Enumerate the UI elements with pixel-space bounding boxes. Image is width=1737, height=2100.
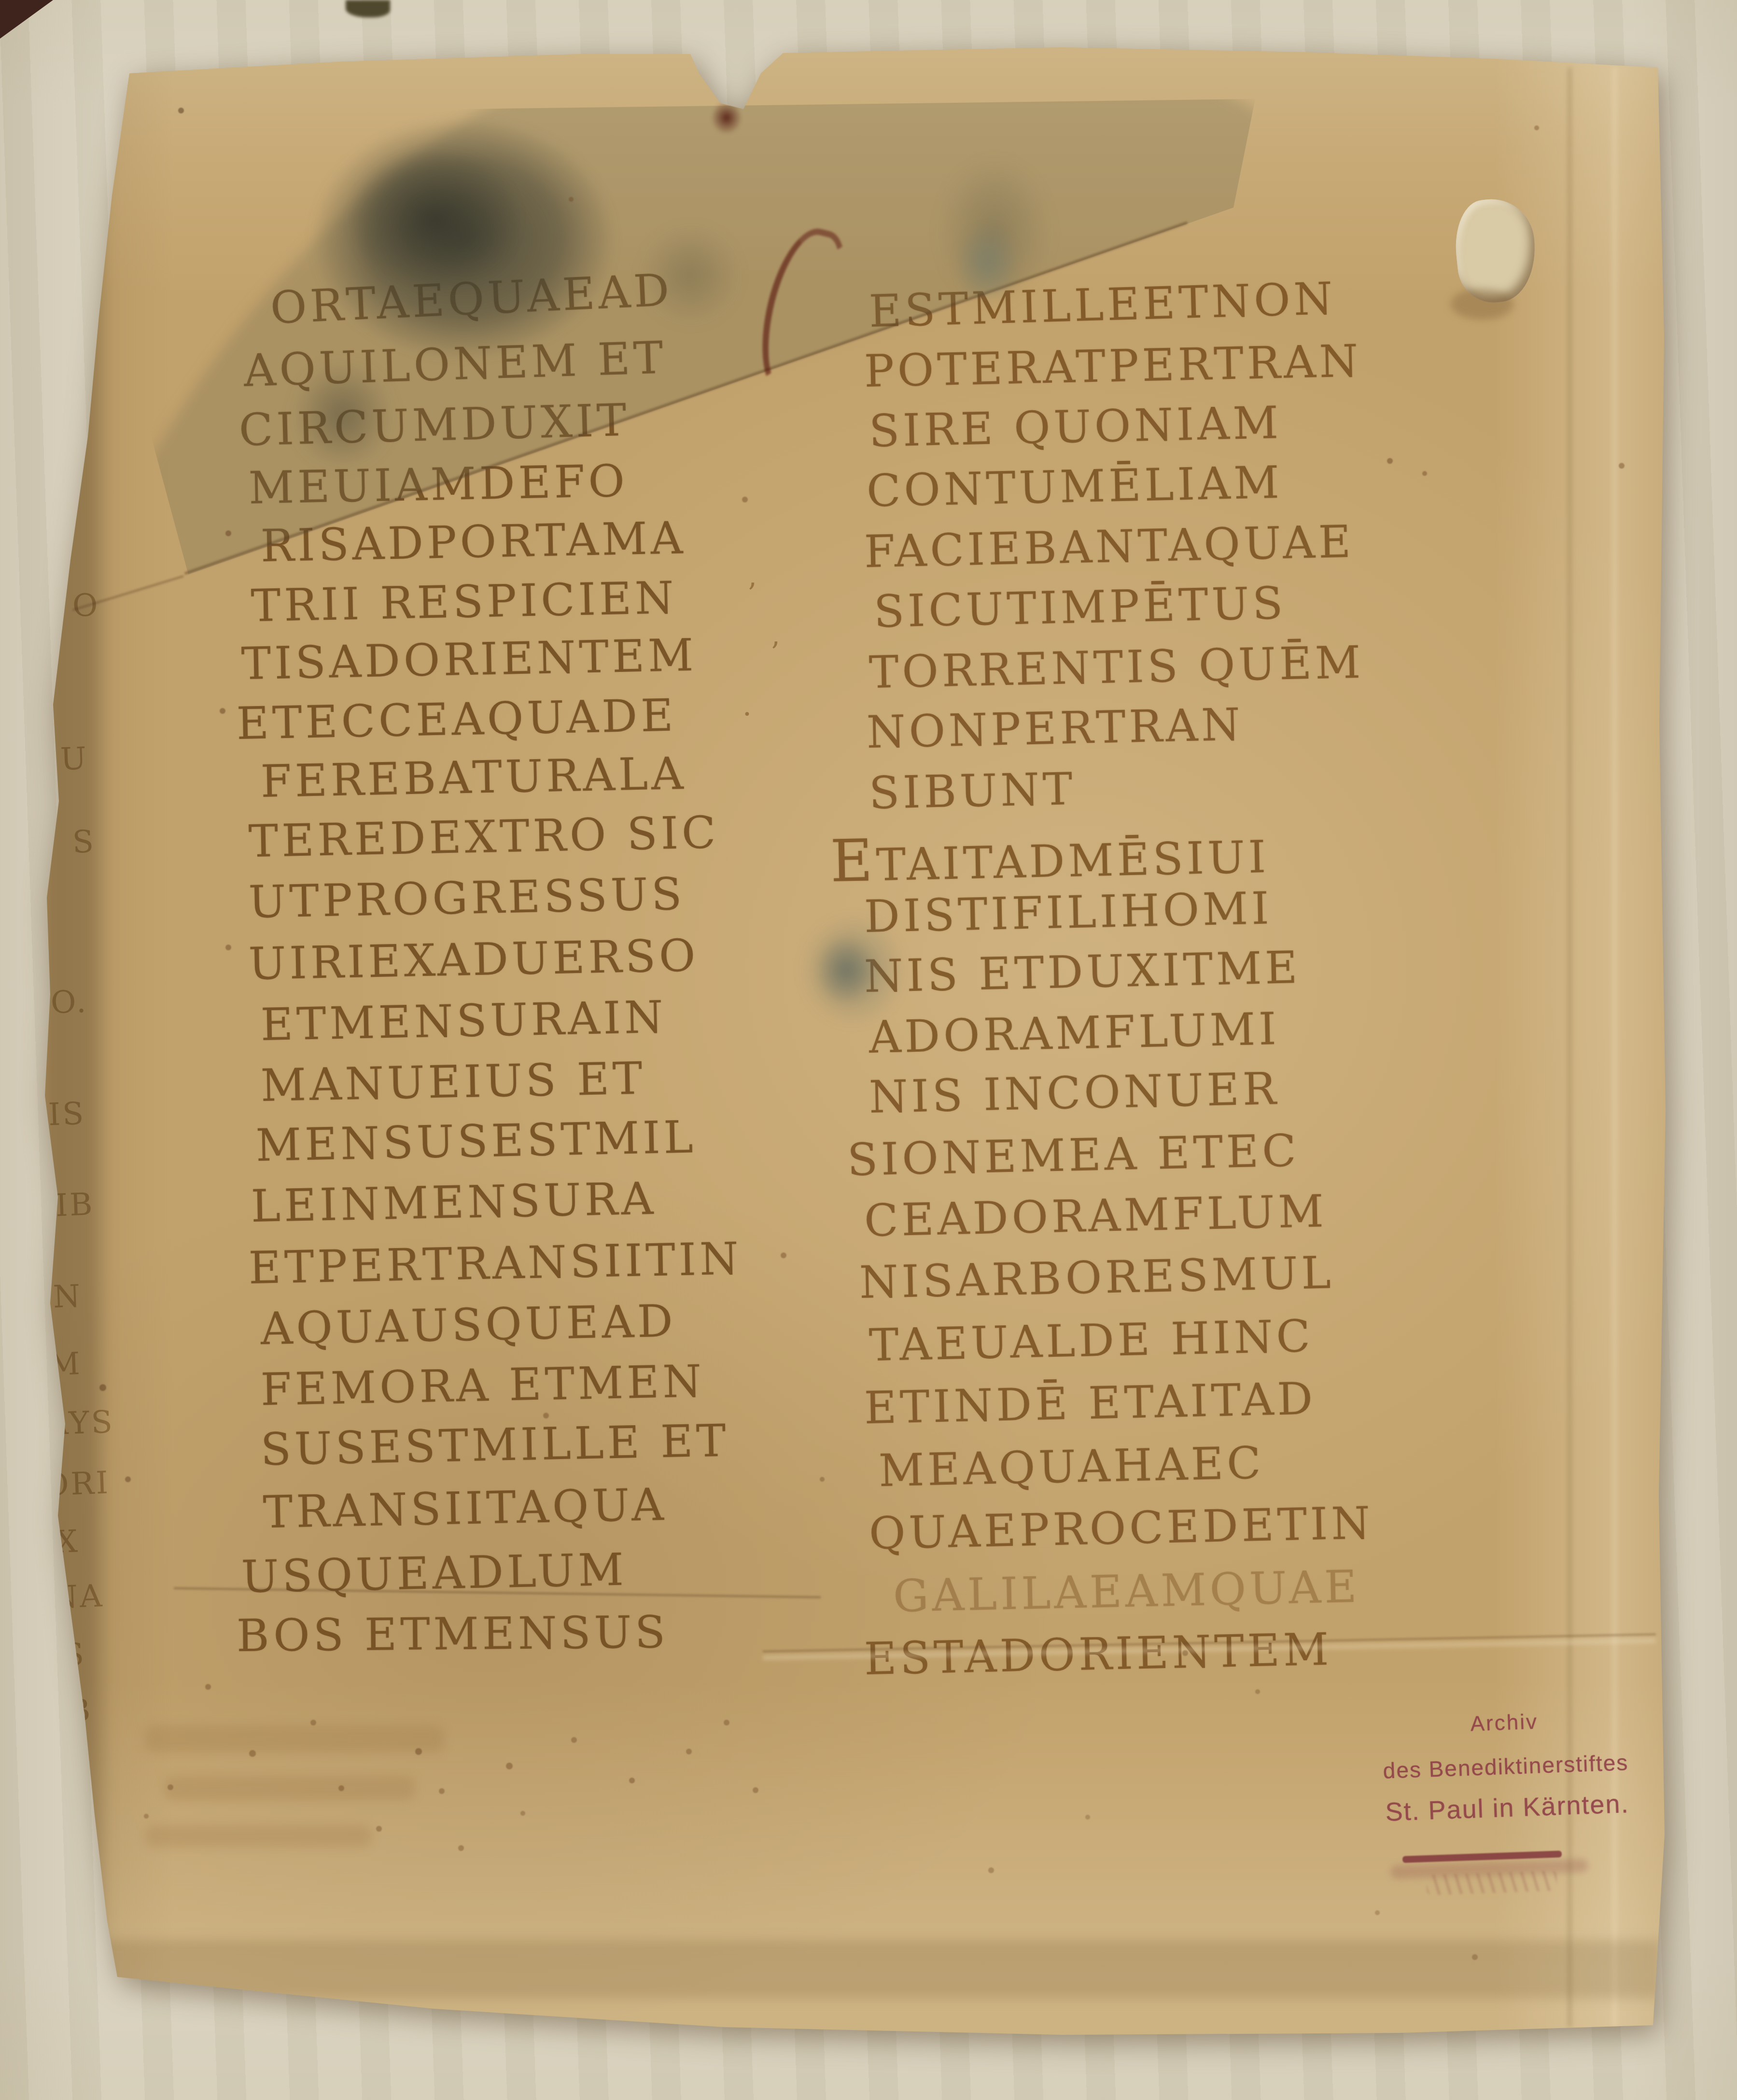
diagonal-crease-left (72, 575, 184, 611)
text-line-left-11: UTPROGRESSUS (248, 868, 686, 928)
text-line-right-3: SIRE QUONIAM (868, 397, 1282, 457)
archive-stamp: Archiv des Benediktinerstiftes St. Paul … (1347, 1706, 1665, 1829)
text-line-right-22: GALILAEAMQUAE (893, 1561, 1360, 1622)
mid-page-blue-stain-core (801, 919, 888, 1021)
text-line-right-21: QUAEPROCEDETIN (868, 1497, 1374, 1559)
ink-mark: ’ (770, 636, 780, 670)
margin-fragment: s (62, 1637, 86, 1673)
text-line-left-20: SUSESTMILLE ET (260, 1415, 730, 1475)
photo-top-edge-mark (346, 0, 390, 17)
text-line-right-14: NIS INCONUER (868, 1063, 1280, 1123)
parchment-hole-shadow (1451, 289, 1513, 320)
gray-stain-right (618, 203, 763, 348)
text-line-left-1: ORTAEQUAEAD (269, 264, 674, 334)
text-line-left-6: TRII RESPICIEN (251, 572, 678, 632)
text-line-left-14: MANUEIUS ET (260, 1053, 646, 1112)
stamp-line-1: Archiv (1347, 1706, 1661, 1741)
text-line-left-15: MENSUSESTMIL (255, 1111, 697, 1171)
text-line-left-16: LEINMENSURA (251, 1173, 657, 1232)
text-line-left-21: TRANSIITAQUA (263, 1479, 668, 1538)
mid-page-blue-stain (778, 890, 928, 1050)
text-line-left-8: ETECCEAQUADE (236, 690, 677, 750)
text-line-right-6: SICUTIMPĒTUS (873, 577, 1287, 638)
margin-fragment: b (67, 1693, 93, 1729)
text-line-left-18: AQUAUSQUEAD (260, 1295, 677, 1355)
text-line-right-12: NIS ETDUXITME (864, 942, 1302, 1002)
right-fold-highlight (1612, 68, 1617, 2027)
ink-specks (0, 0, 3, 3)
text-line-right-9: SIBUNT (868, 763, 1077, 819)
stamp-underline-smear (1390, 1859, 1589, 1879)
text-line-right-15: SIONEMEA ETEC (847, 1125, 1300, 1186)
top-center-stain (912, 125, 1077, 338)
text-line-left-19: FEMORA ETMEN (260, 1355, 705, 1416)
right-fold-line (1568, 68, 1571, 2027)
text-line-right-8: NONPERTRAN (866, 699, 1244, 758)
text-line-right-4: CONTUMĒLIAM (866, 457, 1283, 517)
text-line-left-9: FEREBATURALA (260, 748, 687, 807)
text-line-left-17: ETPERTRANSIITIN (248, 1233, 742, 1294)
faint-scribble (1426, 1870, 1557, 1895)
margin-fragment: u (60, 741, 89, 778)
margin-fragment: m (48, 1346, 83, 1383)
parchment-leaf: ORTAEQUAEAD AQUILONEM ET CIRCUMDUXIT MEU… (0, 0, 1737, 2100)
margin-fragment: n (53, 1279, 83, 1315)
torn-edge-shading (42, 72, 100, 2003)
text-line-right-17: NISARBORESMUL (859, 1247, 1335, 1308)
large-gray-stain-core (309, 116, 560, 323)
ghost-text-smudge (145, 1825, 372, 1847)
stamp-underline (1402, 1850, 1562, 1863)
text-line-right-7: TORRENTIS QUĒM (868, 637, 1364, 698)
margin-fragment: ori (43, 1465, 111, 1503)
text-line-right-13: ADORAMFLUMI (868, 1003, 1280, 1063)
top-discoloration-band (0, 0, 1737, 2100)
diagonal-crease (184, 222, 1188, 575)
text-line-left-22: USQUEADLUM (241, 1544, 628, 1603)
margin-fragment: ays (45, 1405, 115, 1443)
text-line-left-13: ETMENSURAIN (260, 991, 667, 1051)
margin-fragment: o (72, 587, 100, 624)
text-line-right-23: ESTADORIENTEM (864, 1624, 1332, 1685)
text-line-right-18: TAEUALDE HINC (868, 1310, 1314, 1371)
ghost-text-smudge (164, 1776, 415, 1800)
ghost-text-smudge (145, 1725, 444, 1752)
text-line-left-10: TEREDEXTRO SIC (248, 807, 719, 867)
text-line-left-3: CIRCUMDUXIT (238, 394, 630, 456)
text-line-left-2: AQUILONEM ET (243, 332, 667, 397)
bottom-edge-shading (97, 1940, 1661, 1998)
horizontal-crease-right (763, 1633, 1656, 1653)
text-line-left-23: BOS ETMENSUS (237, 1606, 669, 1662)
parchment-leaf-wrap: ORTAEQUAEAD AQUILONEM ET CIRCUMDUXIT MEU… (0, 0, 1737, 2100)
text-line-right-5: FACIEBANTAQUAE (864, 516, 1355, 578)
ink-mark: ’ (747, 577, 756, 611)
text-line-left-5: RISADPORTAMA (260, 512, 686, 572)
red-ink-curl-mark (747, 221, 857, 405)
stamp-line-2: des Benediktinerstiftes (1348, 1748, 1663, 1785)
text-line-right-19: ETINDĒ ETAITAD (864, 1373, 1317, 1434)
text-line-right-10: ETAITADMĒSIUI (830, 819, 1270, 895)
text-line-right-16: CEADORAMFLUM (864, 1185, 1328, 1247)
ink-mark: · (742, 697, 752, 731)
text-line-left-4: MEUIAMDEFO (248, 455, 629, 514)
photo-corner-mark (0, 0, 53, 39)
text-line-left-12: UIRIEXADUERSO (248, 930, 699, 990)
large-gray-stain (251, 87, 676, 425)
horizontal-crease-left (174, 1587, 821, 1599)
text-line-right-2: POTERATPERTRAN (864, 335, 1362, 397)
margin-fragment: ib (55, 1187, 95, 1224)
large-gray-stain-tail (270, 338, 415, 492)
stamp-line-3: St. Paul in Kärnten. (1350, 1788, 1665, 1829)
horizontal-crease-highlight (763, 1638, 1656, 1660)
text-line-right-1: ESTMILLEETNON (868, 273, 1337, 337)
margin-fragment: x (55, 1524, 80, 1560)
text-line-left-7: TISADORIENTEM (241, 629, 697, 690)
red-stain-top-notch (706, 96, 747, 140)
margin-fragment: s (72, 824, 96, 861)
backing-paper (0, 0, 1737, 2100)
margin-fragment: na (50, 1578, 105, 1616)
margin-fragment: is (48, 1096, 86, 1133)
text-line-right-11: DISTIFILIHOMI (864, 882, 1273, 943)
text-line-right-20: MEAQUAHAEC (878, 1437, 1265, 1497)
parchment-hole (1451, 195, 1540, 306)
top-center-blue-patch (941, 208, 1033, 319)
margin-fragment: o. (50, 984, 89, 1021)
manuscript-photograph: ORTAEQUAEAD AQUILONEM ET CIRCUMDUXIT MEU… (0, 0, 1737, 2100)
